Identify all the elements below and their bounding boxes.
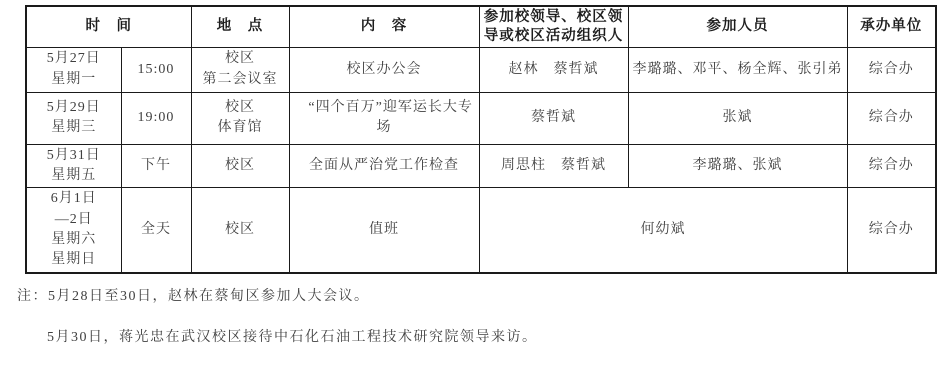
cell-location: 校区: [191, 144, 289, 188]
cell-date: 5月29日 星期三: [26, 92, 121, 144]
table-row: 5月31日 星期五 下午 校区 全面从严治党工作检查 周思柱 蔡哲斌 李璐璐、张…: [26, 144, 936, 188]
header-location: 地 点: [191, 6, 289, 47]
cell-leaders: 赵林 蔡哲斌: [479, 47, 628, 92]
cell-time: 全天: [121, 188, 191, 273]
cell-date: 5月27日 星期一: [26, 47, 121, 92]
header-organizer: 承办单位: [847, 6, 936, 47]
cell-organizer: 综合办: [847, 47, 936, 92]
cell-time: 19:00: [121, 92, 191, 144]
footnote-1: 注：5月28日至30日，赵林在蔡甸区参加人大会议。: [17, 285, 370, 305]
cell-location: 校区 第二会议室: [191, 47, 289, 92]
header-participants: 参加人员: [628, 6, 847, 47]
cell-date: 6月1日 —2日 星期六 星期日: [26, 188, 121, 273]
cell-leaders-participants-merged: 何幼斌: [479, 188, 847, 273]
header-time: 时 间: [26, 6, 191, 47]
footnote-2: 5月30日，蒋光忠在武汉校区接待中石化石油工程技术研究院领导来访。: [47, 326, 538, 346]
weekly-schedule-table: 时 间 地 点 内 容 参加校领导、校区领导或校区活动组织人 参加人员 承办单位…: [25, 5, 937, 274]
cell-leaders: 周思柱 蔡哲斌: [479, 144, 628, 188]
header-leaders: 参加校领导、校区领导或校区活动组织人: [479, 6, 628, 47]
cell-leaders: 蔡哲斌: [479, 92, 628, 144]
document-page: 时 间 地 点 内 容 参加校领导、校区领导或校区活动组织人 参加人员 承办单位…: [0, 0, 940, 386]
table-row: 6月1日 —2日 星期六 星期日 全天 校区 值班 何幼斌 综合办: [26, 188, 936, 273]
cell-date: 5月31日 星期五: [26, 144, 121, 188]
cell-organizer: 综合办: [847, 188, 936, 273]
cell-time: 下午: [121, 144, 191, 188]
cell-participants: 张斌: [628, 92, 847, 144]
table-row: 5月29日 星期三 19:00 校区 体育馆 “四个百万”迎军运长大专场 蔡哲斌…: [26, 92, 936, 144]
cell-content: “四个百万”迎军运长大专场: [289, 92, 479, 144]
header-row: 时 间 地 点 内 容 参加校领导、校区领导或校区活动组织人 参加人员 承办单位: [26, 6, 936, 47]
table-row: 5月27日 星期一 15:00 校区 第二会议室 校区办公会 赵林 蔡哲斌 李璐…: [26, 47, 936, 92]
cell-time: 15:00: [121, 47, 191, 92]
cell-organizer: 综合办: [847, 92, 936, 144]
cell-location: 校区 体育馆: [191, 92, 289, 144]
cell-content: 值班: [289, 188, 479, 273]
header-content: 内 容: [289, 6, 479, 47]
cell-organizer: 综合办: [847, 144, 936, 188]
cell-content: 全面从严治党工作检查: [289, 144, 479, 188]
cell-location: 校区: [191, 188, 289, 273]
cell-participants: 李璐璐、张斌: [628, 144, 847, 188]
cell-participants: 李璐璐、邓平、杨全辉、张引弟: [628, 47, 847, 92]
cell-content: 校区办公会: [289, 47, 479, 92]
